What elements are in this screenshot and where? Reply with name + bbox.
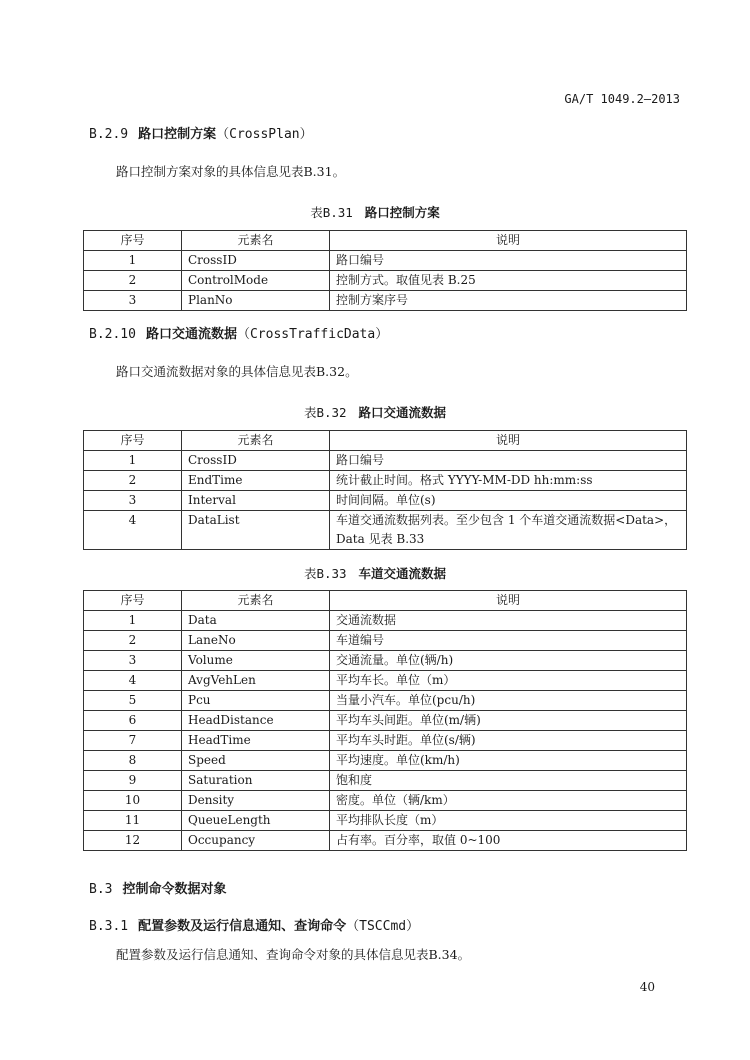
- header-name: 元素名: [182, 591, 330, 611]
- table-row: 9Saturation饱和度: [84, 771, 687, 791]
- cell-name: Pcu: [182, 691, 330, 711]
- caption-number: 表B.32: [304, 405, 347, 420]
- header-desc: 说明: [330, 591, 687, 611]
- cell-desc: 车道交通流数据列表。至少包含 1 个车道交通流数据<Data>，Data 见表 …: [330, 511, 687, 550]
- cell-name: DataList: [182, 511, 330, 550]
- table-row: 10Density密度。单位（辆/km）: [84, 791, 687, 811]
- cell-seq: 8: [84, 751, 182, 771]
- cell-name: PlanNo: [182, 291, 330, 311]
- cell-desc: 饱和度: [330, 771, 687, 791]
- section-number: B.2.10: [89, 327, 136, 342]
- header-name: 元素名: [182, 431, 330, 451]
- cell-seq: 1: [84, 451, 182, 471]
- section-title: 控制命令数据对象: [122, 882, 226, 897]
- table-row: 1Data交通流数据: [84, 611, 687, 631]
- cell-seq: 5: [84, 691, 182, 711]
- table-row: 2ControlMode控制方式。取值见表 B.25: [84, 271, 687, 291]
- table-row: 4AvgVehLen平均车长。单位（m）: [84, 671, 687, 691]
- cell-desc: 时间间隔。单位(s): [330, 491, 687, 511]
- table-row: 11QueueLength平均排队长度（m）: [84, 811, 687, 831]
- cell-seq: 6: [84, 711, 182, 731]
- caption-title: 路口控制方案: [365, 205, 440, 220]
- cell-name: EndTime: [182, 471, 330, 491]
- cell-name: CrossID: [182, 451, 330, 471]
- section-number: B.2.9: [89, 127, 128, 142]
- caption-title: 车道交通流数据: [359, 566, 447, 581]
- section-heading-b3: B.3控制命令数据对象: [89, 878, 227, 897]
- table-row: 1CrossID路口编号: [84, 451, 687, 471]
- cell-desc: 占有率。百分率，取值 0~100: [330, 831, 687, 851]
- section-english-name: （CrossPlan）: [216, 127, 312, 142]
- cell-seq: 2: [84, 471, 182, 491]
- page-number: 40: [640, 980, 655, 994]
- header-seq: 序号: [84, 591, 182, 611]
- section-paragraph-b29: 路口控制方案对象的具体信息见表B.31。: [116, 162, 345, 180]
- cell-name: HeadTime: [182, 731, 330, 751]
- cell-desc: 控制方式。取值见表 B.25: [330, 271, 687, 291]
- cell-seq: 3: [84, 651, 182, 671]
- section-paragraph-b210: 路口交通流数据对象的具体信息见表B.32。: [116, 362, 358, 380]
- cell-desc: 统计截止时间。格式 YYYY-MM-DD hh:mm:ss: [330, 471, 687, 491]
- table-row: 6HeadDistance平均车头间距。单位(m/辆): [84, 711, 687, 731]
- caption-title: 路口交通流数据: [359, 405, 447, 420]
- cell-seq: 4: [84, 511, 182, 550]
- table-row: 3Volume交通流量。单位(辆/h): [84, 651, 687, 671]
- document-code: GA/T 1049.2—2013: [564, 92, 680, 106]
- section-title: 配置参数及运行信息通知、查询命令: [138, 919, 346, 934]
- cell-seq: 1: [84, 251, 182, 271]
- caption-number: 表B.33: [304, 566, 347, 581]
- cell-seq: 7: [84, 731, 182, 751]
- table-row: 1CrossID路口编号: [84, 251, 687, 271]
- section-heading-b210: B.2.10路口交通流数据（CrossTrafficData）: [89, 323, 388, 342]
- cell-name: Speed: [182, 751, 330, 771]
- table-row: 7HeadTime平均车头时距。单位(s/辆): [84, 731, 687, 751]
- table-row: 5Pcu当量小汽车。单位(pcu/h): [84, 691, 687, 711]
- cell-seq: 3: [84, 291, 182, 311]
- cell-seq: 10: [84, 791, 182, 811]
- table-caption-b33: 表B.33车道交通流数据: [0, 564, 750, 582]
- cell-name: CrossID: [182, 251, 330, 271]
- cell-desc: 交通流数据: [330, 611, 687, 631]
- section-number: B.3.1: [89, 919, 128, 934]
- cell-desc: 平均速度。单位(km/h): [330, 751, 687, 771]
- cell-name: LaneNo: [182, 631, 330, 651]
- cell-desc: 平均车头间距。单位(m/辆): [330, 711, 687, 731]
- cell-name: ControlMode: [182, 271, 330, 291]
- table-row: 12Occupancy占有率。百分率，取值 0~100: [84, 831, 687, 851]
- header-seq: 序号: [84, 231, 182, 251]
- cell-desc: 车道编号: [330, 631, 687, 651]
- section-number: B.3: [89, 882, 112, 897]
- table-row: 2LaneNo车道编号: [84, 631, 687, 651]
- cell-desc: 路口编号: [330, 451, 687, 471]
- table-header-row: 序号 元素名 说明: [84, 431, 687, 451]
- cell-name: Volume: [182, 651, 330, 671]
- table-header-row: 序号 元素名 说明: [84, 591, 687, 611]
- cell-seq: 2: [84, 271, 182, 291]
- table-header-row: 序号 元素名 说明: [84, 231, 687, 251]
- table-b32: 序号 元素名 说明 1CrossID路口编号 2EndTime统计截止时间。格式…: [83, 430, 687, 550]
- table-row: 3Interval时间间隔。单位(s): [84, 491, 687, 511]
- cell-name: QueueLength: [182, 811, 330, 831]
- table-caption-b31: 表B.31路口控制方案: [0, 203, 750, 221]
- cell-desc: 路口编号: [330, 251, 687, 271]
- cell-seq: 9: [84, 771, 182, 791]
- section-heading-b29: B.2.9路口控制方案（CrossPlan）: [89, 123, 313, 142]
- cell-name: Saturation: [182, 771, 330, 791]
- table-b33: 序号 元素名 说明 1Data交通流数据 2LaneNo车道编号 3Volume…: [83, 590, 687, 851]
- cell-seq: 1: [84, 611, 182, 631]
- section-english-name: （CrossTrafficData）: [237, 327, 388, 342]
- table-row: 8Speed平均速度。单位(km/h): [84, 751, 687, 771]
- section-title: 路口交通流数据: [146, 327, 237, 342]
- cell-desc: 密度。单位（辆/km）: [330, 791, 687, 811]
- cell-name: Interval: [182, 491, 330, 511]
- cell-name: Density: [182, 791, 330, 811]
- table-row: 3PlanNo控制方案序号: [84, 291, 687, 311]
- table-caption-b32: 表B.32路口交通流数据: [0, 403, 750, 421]
- section-english-name: （TSCCmd）: [346, 919, 419, 934]
- header-desc: 说明: [330, 431, 687, 451]
- cell-seq: 2: [84, 631, 182, 651]
- cell-seq: 3: [84, 491, 182, 511]
- cell-seq: 4: [84, 671, 182, 691]
- cell-desc: 交通流量。单位(辆/h): [330, 651, 687, 671]
- header-seq: 序号: [84, 431, 182, 451]
- table-b31: 序号 元素名 说明 1CrossID路口编号 2ControlMode控制方式。…: [83, 230, 687, 311]
- cell-seq: 12: [84, 831, 182, 851]
- caption-number: 表B.31: [310, 205, 353, 220]
- header-name: 元素名: [182, 231, 330, 251]
- table-row: 4DataList车道交通流数据列表。至少包含 1 个车道交通流数据<Data>…: [84, 511, 687, 550]
- header-desc: 说明: [330, 231, 687, 251]
- cell-desc: 控制方案序号: [330, 291, 687, 311]
- section-title: 路口控制方案: [138, 127, 216, 142]
- section-heading-b31: B.3.1配置参数及运行信息通知、查询命令（TSCCmd）: [89, 915, 419, 934]
- cell-desc: 平均排队长度（m）: [330, 811, 687, 831]
- cell-seq: 11: [84, 811, 182, 831]
- cell-name: AvgVehLen: [182, 671, 330, 691]
- cell-name: Occupancy: [182, 831, 330, 851]
- table-row: 2EndTime统计截止时间。格式 YYYY-MM-DD hh:mm:ss: [84, 471, 687, 491]
- cell-name: HeadDistance: [182, 711, 330, 731]
- section-paragraph-b31: 配置参数及运行信息通知、查询命令对象的具体信息见表B.34。: [116, 945, 470, 963]
- cell-desc: 平均车长。单位（m）: [330, 671, 687, 691]
- cell-desc: 平均车头时距。单位(s/辆): [330, 731, 687, 751]
- cell-desc: 当量小汽车。单位(pcu/h): [330, 691, 687, 711]
- cell-name: Data: [182, 611, 330, 631]
